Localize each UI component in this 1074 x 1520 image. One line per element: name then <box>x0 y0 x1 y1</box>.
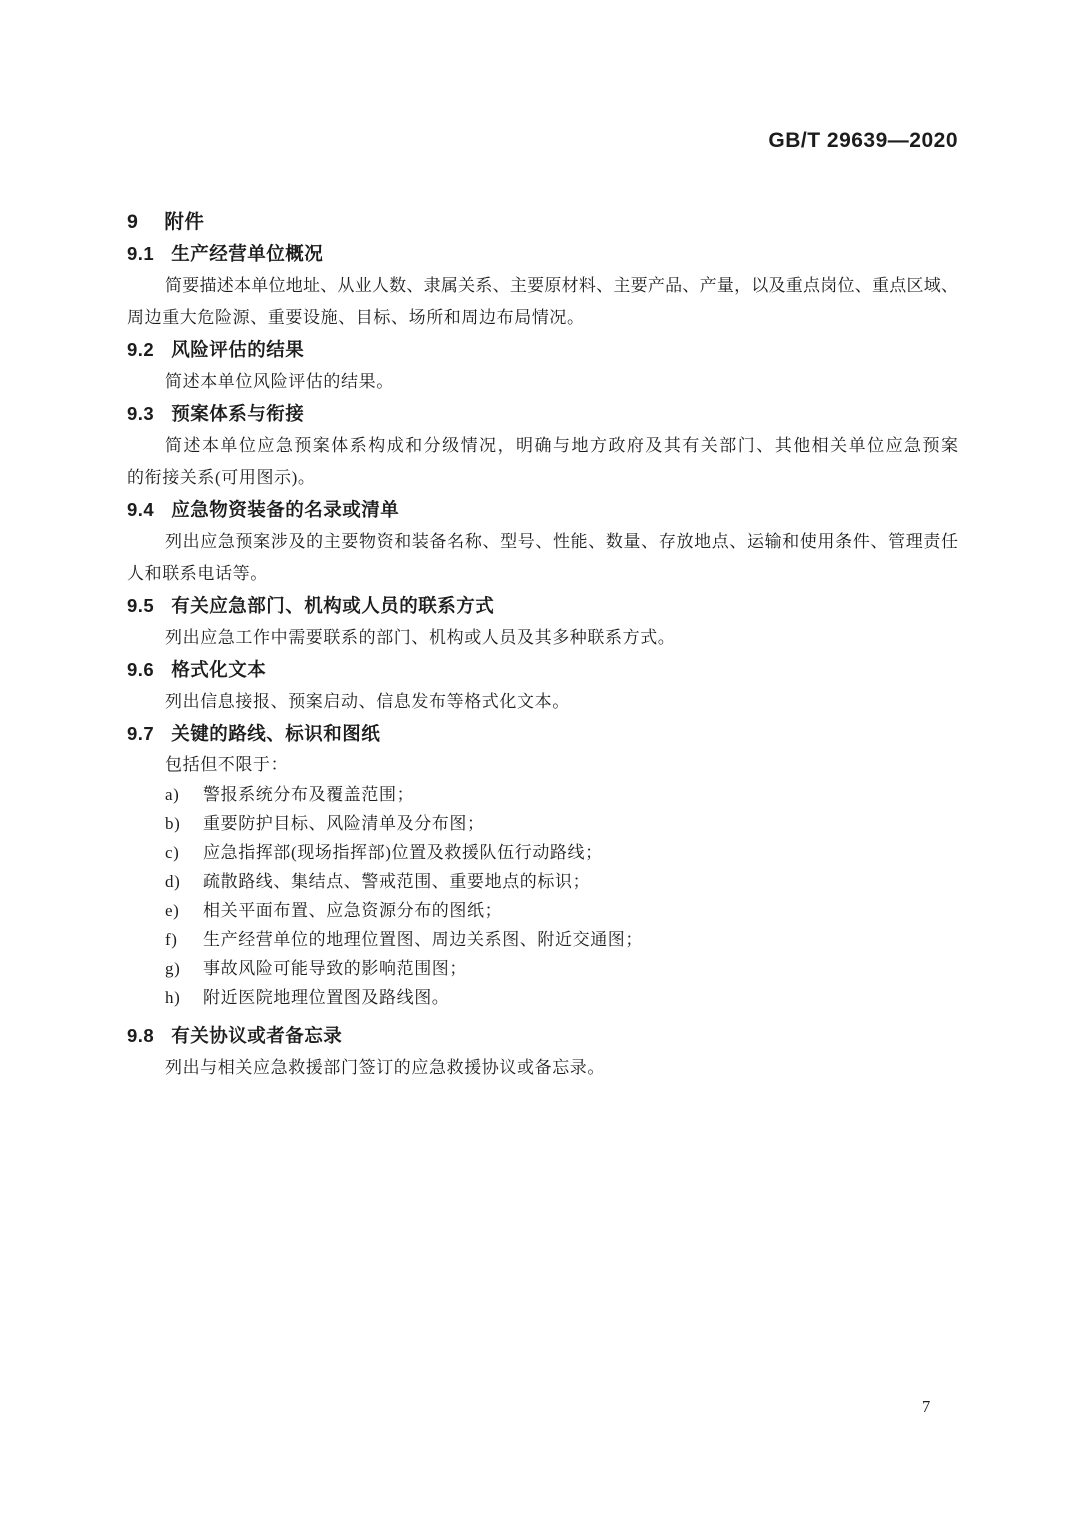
list-item-label: d) <box>165 867 203 896</box>
paragraph-line: 的衔接关系(可用图示)。 <box>127 462 958 494</box>
list-item-text: 重要防护目标、风险清单及分布图； <box>203 809 958 838</box>
list-item-text: 相关平面布置、应急资源分布的图纸； <box>203 896 958 925</box>
list-item: a)警报系统分布及覆盖范围； <box>127 780 958 809</box>
section-number: 9.6 <box>127 659 154 680</box>
section-heading-9-8: 9.8有关协议或者备忘录 <box>127 1020 958 1052</box>
paragraph-line: 列出信息接报、预案启动、信息发布等格式化文本。 <box>127 686 958 718</box>
list-item-text: 疏散路线、集结点、警戒范围、重要地点的标识； <box>203 867 958 896</box>
ordered-list: a)警报系统分布及覆盖范围； b)重要防护目标、风险清单及分布图； c)应急指挥… <box>127 780 958 1012</box>
paragraph-line: 简述本单位应急预案体系构成和分级情况，明确与地方政府及其有关部门、其他相关单位应… <box>127 430 958 462</box>
list-item-label: f) <box>165 925 203 954</box>
list-item-text: 生产经营单位的地理位置图、周边关系图、附近交通图； <box>203 925 958 954</box>
section-number: 9.1 <box>127 243 154 264</box>
standard-code: GB/T 29639—2020 <box>127 126 958 156</box>
section-title: 有关协议或者备忘录 <box>171 1025 342 1046</box>
section-heading-9-3: 9.3预案体系与衔接 <box>127 398 958 430</box>
list-item-text: 事故风险可能导致的影响范围图； <box>203 954 958 983</box>
section-title: 关键的路线、标识和图纸 <box>171 723 380 744</box>
document-page: GB/T 29639—2020 9附件 9.1生产经营单位概况 简要描述本单位地… <box>0 0 1074 1520</box>
paragraph-line: 周边重大危险源、重要设施、目标、场所和周边布局情况。 <box>127 302 958 334</box>
section-title: 应急物资装备的名录或清单 <box>171 499 399 520</box>
section-title: 预案体系与衔接 <box>171 403 304 424</box>
page-number: 7 <box>922 1396 930 1418</box>
section-heading-9-6: 9.6格式化文本 <box>127 654 958 686</box>
chapter-title: 附件 <box>164 211 204 233</box>
list-intro-paragraph: 包括但不限于： <box>127 750 958 780</box>
body-paragraph: 列出与相关应急救援部门签订的应急救援协议或备忘录。 <box>127 1052 958 1084</box>
list-item-text: 应急指挥部(现场指挥部)位置及救援队伍行动路线； <box>203 838 958 867</box>
section-number: 9.8 <box>127 1025 154 1046</box>
paragraph-line: 包括但不限于： <box>127 750 958 780</box>
paragraph-line: 简要描述本单位地址、从业人数、隶属关系、主要原材料、主要产品、产量，以及重点岗位… <box>127 270 958 302</box>
section-number: 9.3 <box>127 403 154 424</box>
list-item: e)相关平面布置、应急资源分布的图纸； <box>127 896 958 925</box>
section-title: 有关应急部门、机构或人员的联系方式 <box>171 595 494 616</box>
body-paragraph: 简述本单位应急预案体系构成和分级情况，明确与地方政府及其有关部门、其他相关单位应… <box>127 430 958 494</box>
list-item: f)生产经营单位的地理位置图、周边关系图、附近交通图； <box>127 925 958 954</box>
section-heading-9-1: 9.1生产经营单位概况 <box>127 238 958 270</box>
section-number: 9.2 <box>127 339 154 360</box>
list-item-text: 警报系统分布及覆盖范围； <box>203 780 958 809</box>
paragraph-line: 简述本单位风险评估的结果。 <box>127 366 958 398</box>
section-title: 格式化文本 <box>171 659 266 680</box>
list-item-label: a) <box>165 780 203 809</box>
paragraph-line: 人和联系电话等。 <box>127 558 958 590</box>
paragraph-line: 列出应急预案涉及的主要物资和装备名称、型号、性能、数量、存放地点、运输和使用条件… <box>127 526 958 558</box>
body-paragraph: 列出应急工作中需要联系的部门、机构或人员及其多种联系方式。 <box>127 622 958 654</box>
paragraph-line: 列出与相关应急救援部门签订的应急救援协议或备忘录。 <box>127 1052 958 1084</box>
body-paragraph: 列出应急预案涉及的主要物资和装备名称、型号、性能、数量、存放地点、运输和使用条件… <box>127 526 958 590</box>
list-item: g)事故风险可能导致的影响范围图； <box>127 954 958 983</box>
section-number: 9.7 <box>127 723 154 744</box>
body-paragraph: 简要描述本单位地址、从业人数、隶属关系、主要原材料、主要产品、产量，以及重点岗位… <box>127 270 958 334</box>
list-item-label: e) <box>165 896 203 925</box>
section-heading-9-7: 9.7关键的路线、标识和图纸 <box>127 718 958 750</box>
section-number: 9.5 <box>127 595 154 616</box>
page-content: GB/T 29639—2020 9附件 9.1生产经营单位概况 简要描述本单位地… <box>127 0 958 1084</box>
body-paragraph: 简述本单位风险评估的结果。 <box>127 366 958 398</box>
list-item: h)附近医院地理位置图及路线图。 <box>127 983 958 1012</box>
list-item: c)应急指挥部(现场指挥部)位置及救援队伍行动路线； <box>127 838 958 867</box>
section-heading-9-5: 9.5有关应急部门、机构或人员的联系方式 <box>127 590 958 622</box>
list-item-label: h) <box>165 983 203 1012</box>
list-item-text: 附近医院地理位置图及路线图。 <box>203 983 958 1012</box>
chapter-heading: 9附件 <box>127 206 958 238</box>
list-item-label: c) <box>165 838 203 867</box>
section-heading-9-2: 9.2风险评估的结果 <box>127 334 958 366</box>
paragraph-line: 列出应急工作中需要联系的部门、机构或人员及其多种联系方式。 <box>127 622 958 654</box>
section-number: 9.4 <box>127 499 154 520</box>
list-item: b)重要防护目标、风险清单及分布图； <box>127 809 958 838</box>
list-item-label: g) <box>165 954 203 983</box>
section-title: 生产经营单位概况 <box>171 243 323 264</box>
list-item-label: b) <box>165 809 203 838</box>
section-title: 风险评估的结果 <box>171 339 304 360</box>
section-heading-9-4: 9.4应急物资装备的名录或清单 <box>127 494 958 526</box>
chapter-number: 9 <box>127 211 138 233</box>
list-item: d)疏散路线、集结点、警戒范围、重要地点的标识； <box>127 867 958 896</box>
body-paragraph: 列出信息接报、预案启动、信息发布等格式化文本。 <box>127 686 958 718</box>
